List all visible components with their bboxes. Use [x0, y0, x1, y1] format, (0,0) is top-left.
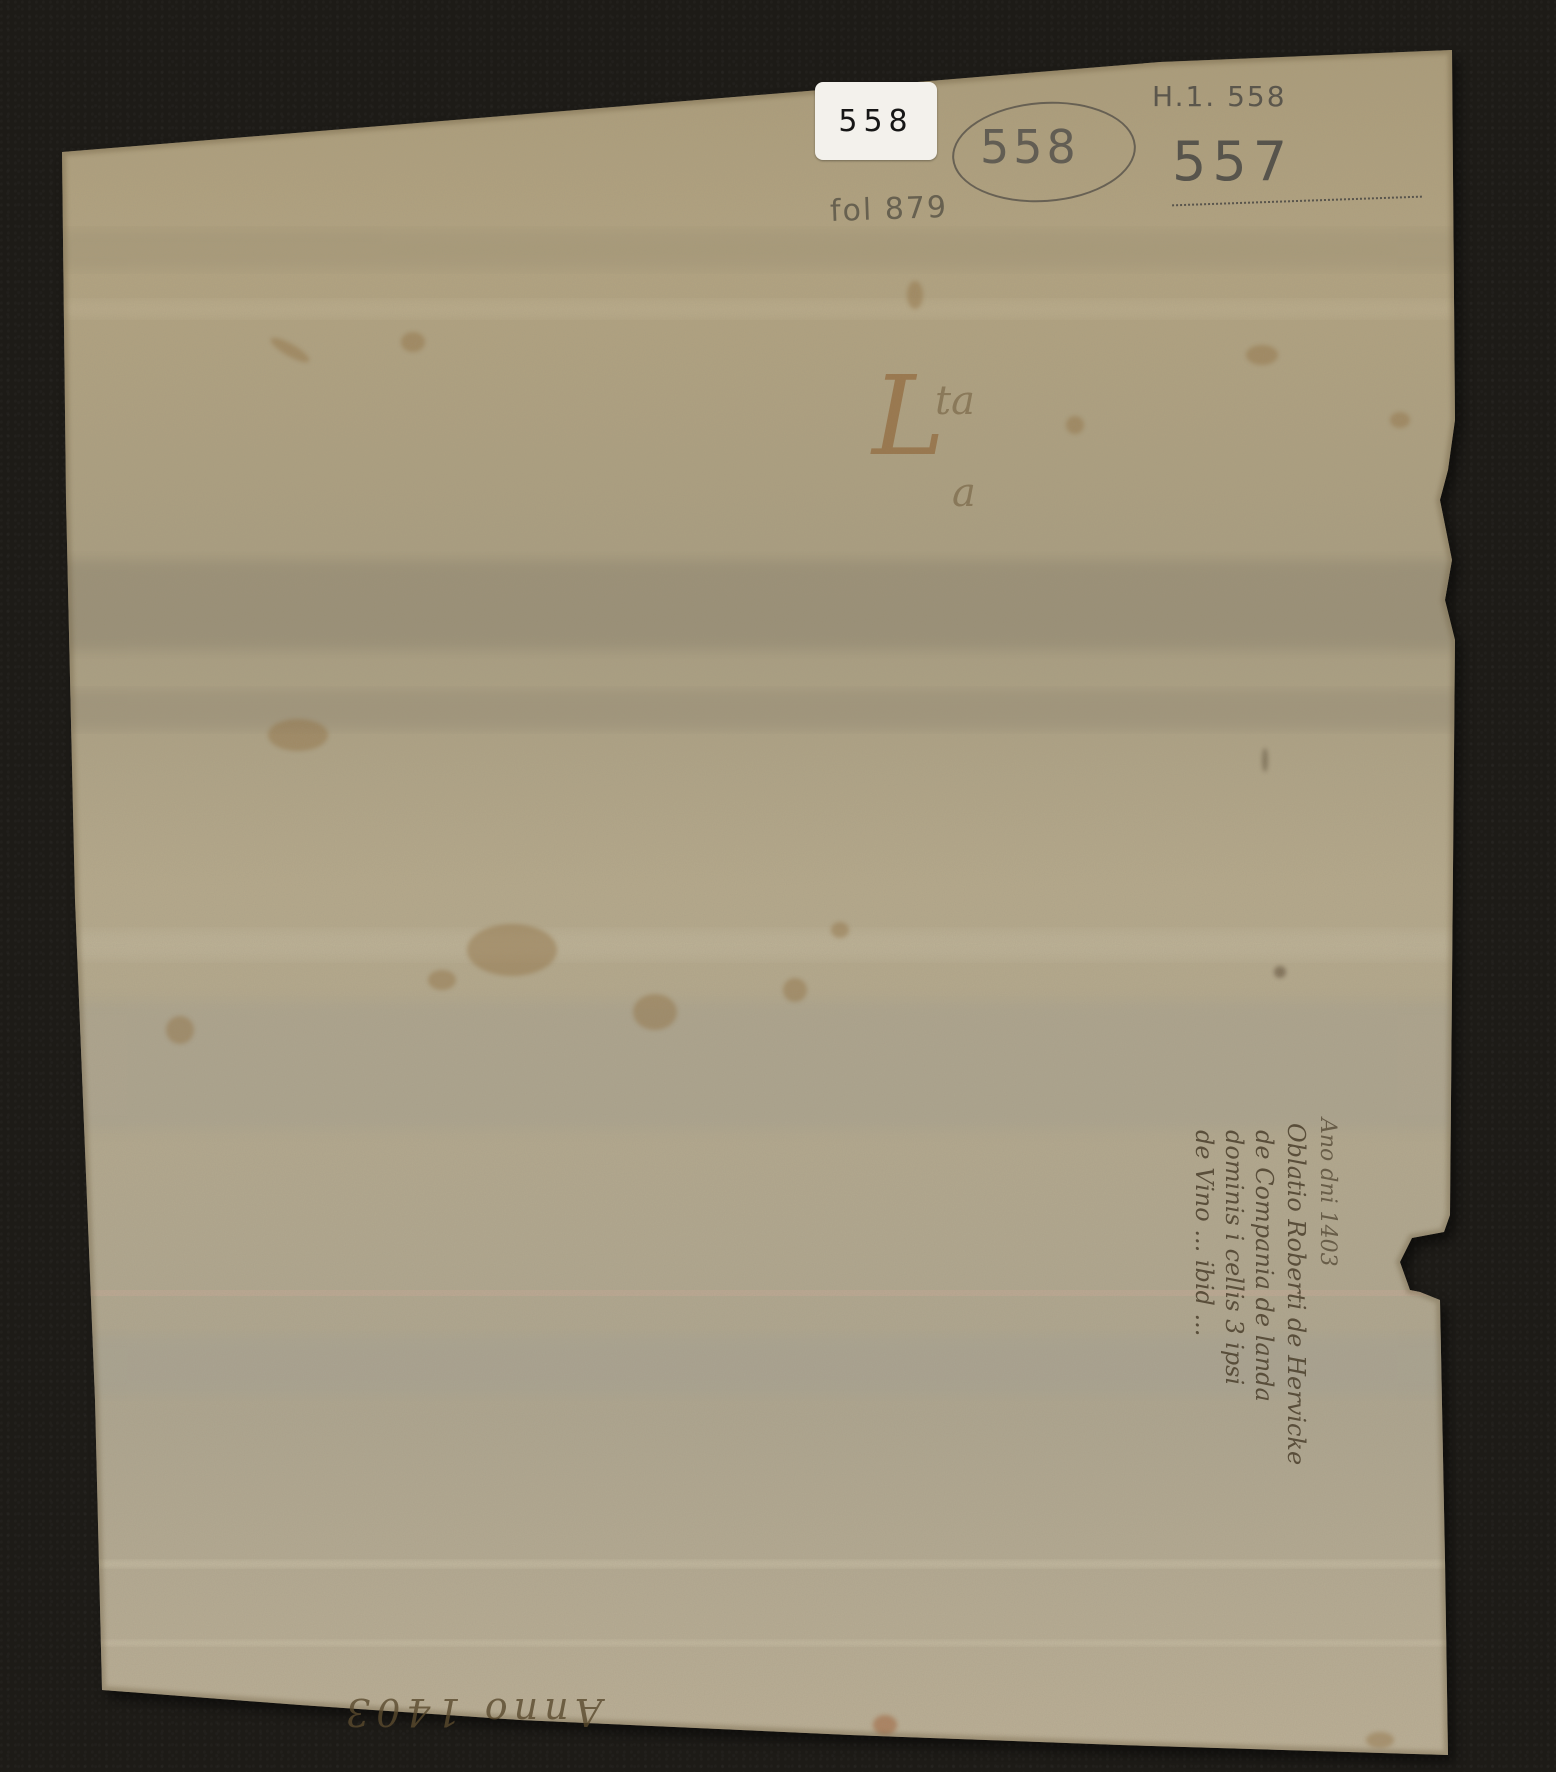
catalog-sticker: 558: [815, 82, 937, 160]
dorsal-note: Ano dni 1403 Oblatio Roberti de Hervicke…: [1168, 1118, 1338, 1458]
dorsal-note-line: de Compania de landa: [1252, 1130, 1276, 1402]
circled-number: 558: [980, 120, 1080, 174]
ink-mark-small-2: a: [952, 470, 976, 516]
dorsal-note-line: de Vino ... ibid ...: [1192, 1130, 1216, 1336]
ink-mark-small-1: ta: [935, 378, 975, 424]
anno-date-inverted: Anno 1403: [340, 1690, 602, 1734]
dorsal-note-line: dominis i cellis 3 ipsi: [1222, 1130, 1246, 1385]
dorsal-note-line: Oblatio Roberti de Hervicke: [1284, 1123, 1308, 1465]
dorsal-note-line: Ano dni 1403: [1316, 1118, 1338, 1267]
parchment-sheet: [0, 0, 1556, 1772]
old-number: 557: [1172, 130, 1293, 193]
shelfmark: H.1. 558: [1152, 80, 1287, 113]
folio-number: fol 879: [829, 190, 948, 229]
